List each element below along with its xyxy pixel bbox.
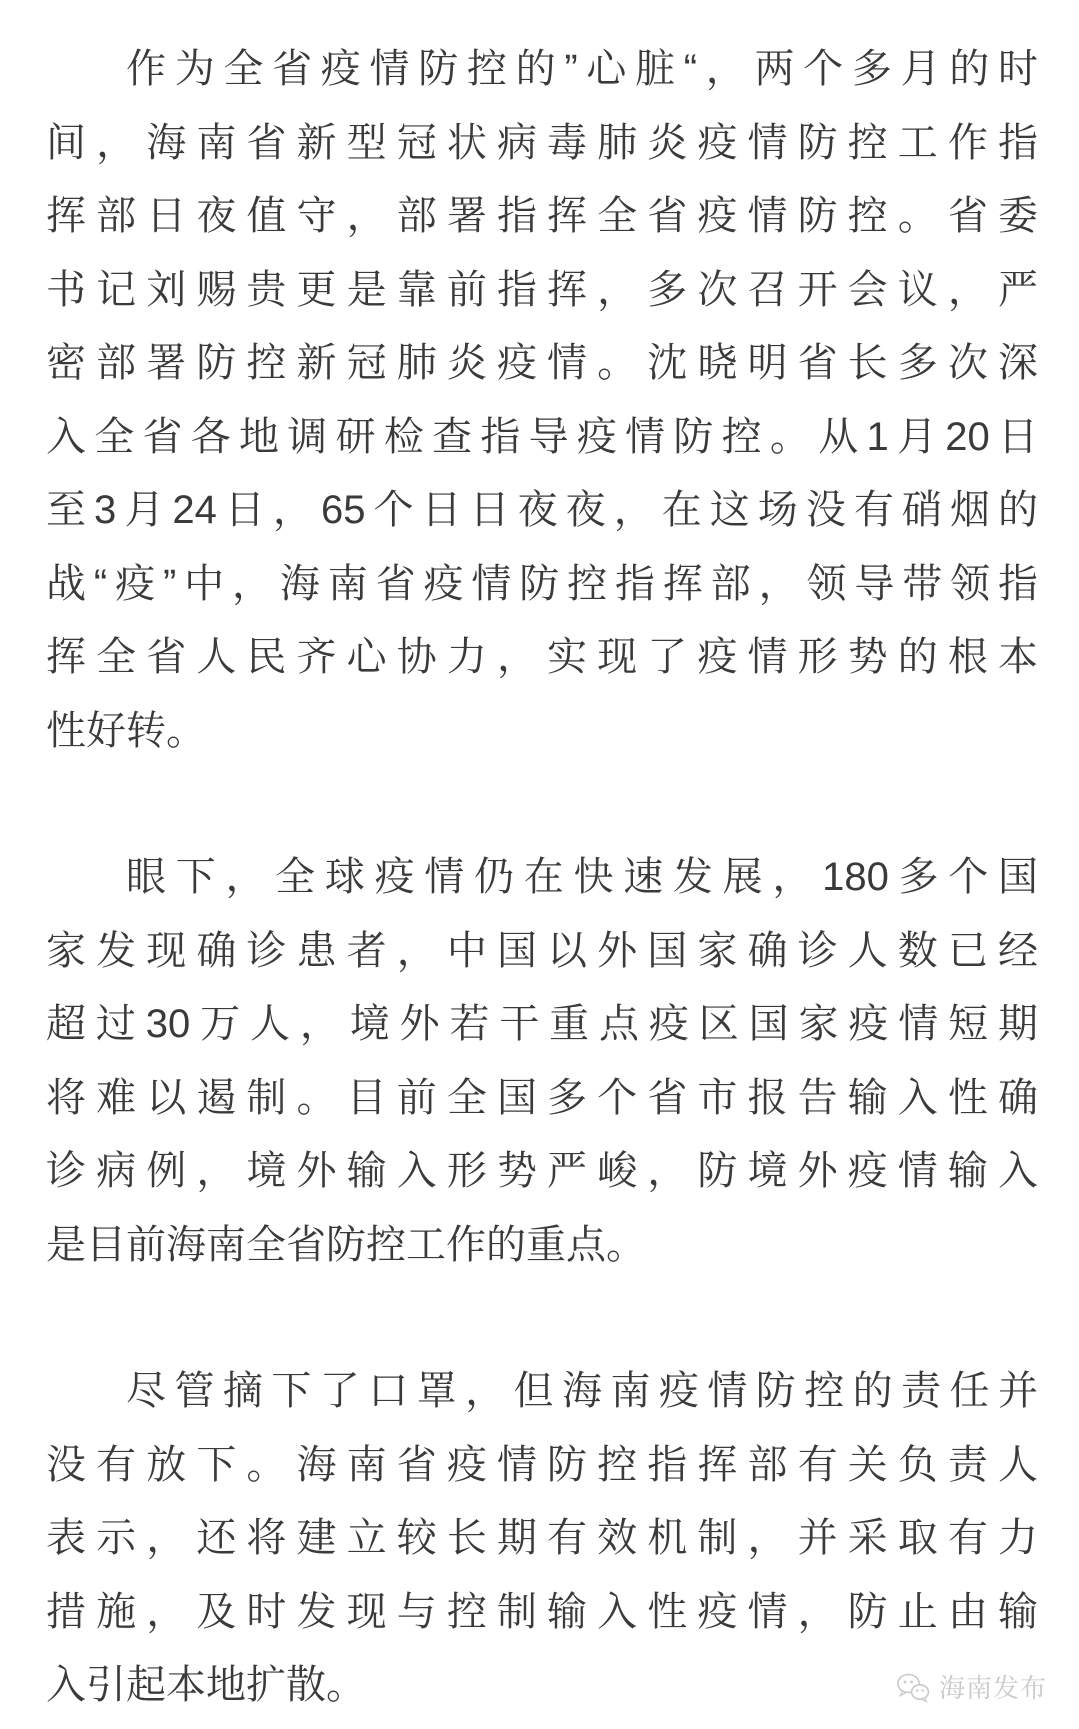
paragraph: 尽管摘下了口罩，但海南疫情防控的责任并没有放下。海南省疫情防控指挥部有关负责人表…: [46, 1355, 1038, 1723]
article-line: 是目前海南全省防控工作的重点。: [46, 1209, 1038, 1283]
article-line: 挥全省人民齐心协力，实现了疫情形势的根本: [46, 621, 1038, 695]
watermark: 海南发布: [896, 1673, 1047, 1703]
article-line: 超过30万人，境外若干重点疫区国家疫情短期: [46, 988, 1038, 1062]
article-line: 入引起本地扩散。: [46, 1649, 1038, 1723]
paragraph: 眼下，全球疫情仍在快速发展，180多个国家发现确诊患者，中国以外国家确诊人数已经…: [46, 841, 1038, 1282]
article-line: 至3月24日，65个日日夜夜，在这场没有硝烟的: [46, 474, 1038, 548]
article-line: 眼下，全球疫情仍在快速发展，180多个国: [46, 841, 1038, 915]
watermark-label: 海南发布: [939, 1673, 1047, 1703]
article-line: 战“疫”中，海南省疫情防控指挥部，领导带领指: [46, 548, 1038, 622]
article: 作为全省疫情防控的”心脏“，两个多月的时间，海南省新型冠状病毒肺炎疫情防控工作指…: [0, 0, 1079, 1723]
paragraph: 作为全省疫情防控的”心脏“，两个多月的时间，海南省新型冠状病毒肺炎疫情防控工作指…: [46, 33, 1038, 768]
article-line: 将难以遏制。目前全国多个省市报告输入性确: [46, 1062, 1038, 1136]
article-line: 挥部日夜值守，部署指挥全省疫情防控。省委: [46, 180, 1038, 254]
article-line: 诊病例，境外输入形势严峻，防境外疫情输入: [46, 1135, 1038, 1209]
article-line: 入全省各地调研检查指导疫情防控。从1月20日: [46, 401, 1038, 475]
article-line: 表示，还将建立较长期有效机制，并采取有力: [46, 1502, 1038, 1576]
wechat-logo-icon: [896, 1673, 930, 1703]
article-line: 书记刘赐贵更是靠前指挥，多次召开会议，严: [46, 254, 1038, 328]
article-line: 性好转。: [46, 695, 1038, 769]
article-line: 尽管摘下了口罩，但海南疫情防控的责任并: [46, 1355, 1038, 1429]
article-line: 间，海南省新型冠状病毒肺炎疫情防控工作指: [46, 107, 1038, 181]
article-line: 作为全省疫情防控的”心脏“，两个多月的时: [46, 33, 1038, 107]
article-line: 家发现确诊患者，中国以外国家确诊人数已经: [46, 915, 1038, 989]
article-line: 措施，及时发现与控制输入性疫情，防止由输: [46, 1576, 1038, 1650]
article-line: 没有放下。海南省疫情防控指挥部有关负责人: [46, 1429, 1038, 1503]
article-line: 密部署防控新冠肺炎疫情。沈晓明省长多次深: [46, 327, 1038, 401]
